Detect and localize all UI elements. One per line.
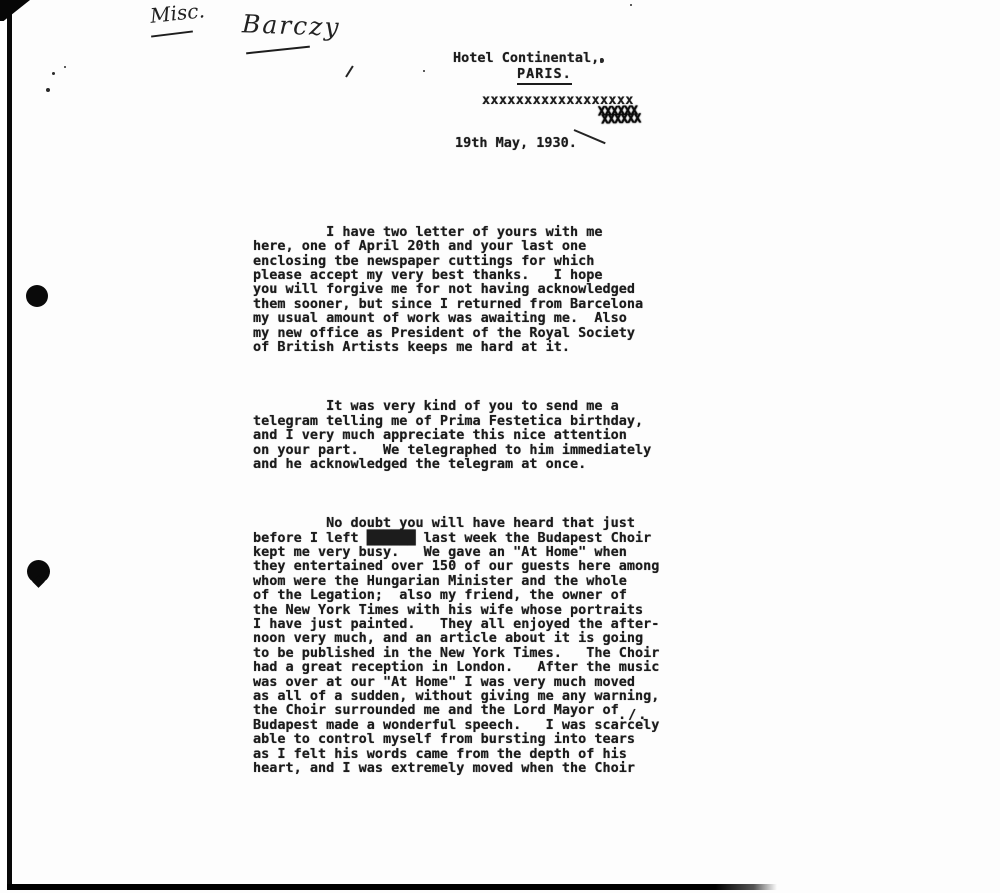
scanned-letter-page: Misc. Barczy Hotel Continental, PARIS. x…: [0, 0, 1000, 893]
handwritten-underline: [246, 46, 310, 55]
typed-redaction-blot: XXXXXX XXXXXX: [598, 105, 641, 124]
letter-body: I have two letter of yours with me here,…: [253, 196, 659, 820]
letterhead-city: PARIS.: [517, 66, 572, 85]
hole-punch-top: [26, 285, 48, 307]
pen-slash-mark: [345, 65, 354, 77]
redaction-row: XXXXXX: [601, 113, 640, 124]
letterhead-sender: Hotel Continental,: [453, 50, 599, 66]
ink-speck: [423, 70, 425, 72]
handwritten-name-annotation: Barczy: [242, 9, 341, 41]
ink-speck: [600, 58, 604, 63]
scan-edge-bottom: [7, 884, 777, 890]
pen-backslash-mark: [574, 129, 606, 144]
ink-speck: [630, 4, 632, 6]
ink-speck: [52, 72, 55, 75]
ink-speck: [46, 88, 50, 92]
scan-corner-wedge: [0, 0, 30, 21]
handwritten-misc-annotation: Misc.: [149, 0, 206, 28]
handwritten-underline: [151, 30, 193, 37]
letter-date: 19th May, 1930.: [455, 135, 577, 151]
scan-edge-left: [7, 0, 12, 888]
ink-speck: [64, 66, 66, 68]
page-continuation-mark: ./.: [618, 707, 648, 723]
hole-punch-bottom: [27, 560, 50, 583]
letter-paragraph-1: I have two letter of yours with me here,…: [253, 225, 659, 355]
letter-paragraph-3: No doubt you will have heard that just b…: [253, 516, 659, 775]
letter-paragraph-2: It was very kind of you to send me a tel…: [253, 399, 659, 471]
